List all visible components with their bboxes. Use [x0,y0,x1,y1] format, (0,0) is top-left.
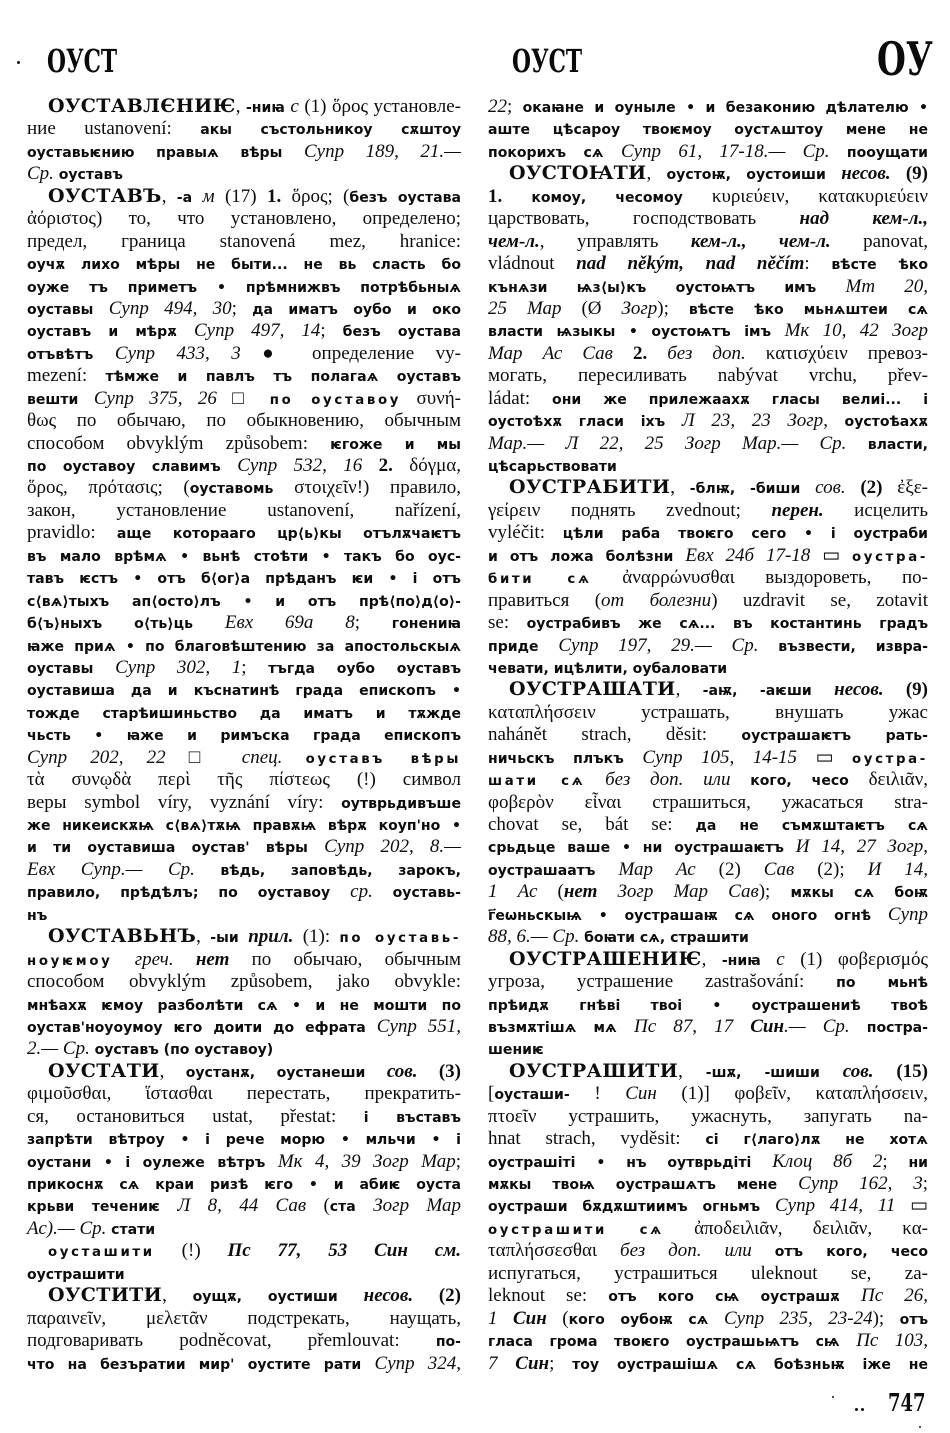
slavonic-quotation: оустани • і оулеже вѣтръ [27,1155,278,1171]
source-reference: Супр 197, 29.— Ср. [558,635,758,656]
text-line: παραινεῖν, μελετᾶν подстрекать, наущать, [27,1308,461,1330]
slavonic-quotation: по- [436,1334,461,1350]
gloss-text: ἀόριστος) то, что установлено, определен… [27,208,461,229]
source-reference: Супр 494, 30 [109,298,232,319]
slavonic-quotation: окаꙗне и оуныле • и безаконию дѣлателю • [523,100,928,116]
gloss-text: ● определение vy- [241,343,461,364]
text-line: 1 Син (кого оубоѭ сѧ Супр 235, 23-24); о… [488,1308,928,1330]
spaced-slavonic-phrase: оустрашити сѧ [488,1223,664,1238]
gloss-text [846,477,861,498]
source-reference: Евх 69а 8 [225,612,355,633]
sense-number: 2. [633,343,647,364]
source-reference: 1 [488,1308,513,1329]
gloss-text [613,343,633,364]
text-line: se: оустрабивъ же сѧ... въ костантинь гр… [488,612,928,634]
scan-speck [855,1408,858,1411]
slavonic-quotation: мѫкы сѧ боѭ [790,885,928,901]
text-line: чевати, ицѣлити, оубаловати [488,657,928,679]
gloss-text: , [676,679,703,700]
dictionary-page: ОУСТ ОУСТ ОУ ОУСТАВЛЄНИѤ, -ниꙗ с (1) ὅρο… [0,0,950,1433]
text-line: chovat se, bát se: да не съмѫштаѥтъ сѧ [488,814,928,836]
slavonic-quotation: ꙗже приѧ • по благовѣштению за апостольс… [27,639,461,655]
slavonic-quotation: оустрашити [27,1267,125,1283]
text-line: запрѣти вѣтроу • і рече морю • мльчи • і [27,1128,461,1150]
slavonic-quotation: запрѣти вѣтроу • і рече морю • мльчи • і [27,1132,461,1148]
gloss-text: chovat se, bát se: [488,814,696,835]
text-line: же никеискѫѩ с⟨вѧ⟩тѫѩ правѫѩ вѣрѫ коуп'н… [27,814,461,836]
slavonic-quotation: -ыи [210,930,248,946]
gloss-text: γείρειν поднять zvednout; [488,500,771,521]
gloss-text: mezení: [27,365,106,386]
gloss-text [282,747,305,768]
scan-speck [832,1396,834,1398]
text-line: ние ustanovení: акы състольникоу сѫштоу [27,118,461,140]
sense-number: 1. [488,186,502,207]
source-reference: .— Ср. [784,1016,850,1037]
source-reference: Супр 202, 22 [27,747,166,768]
slavonic-quotation: оуже тъ приметъ • прѣмнижвъ потрѣбьныѧ [27,280,461,296]
text-line: чем-л., управлять кем-л., чем-л. panovat… [488,231,928,253]
text-line: оуставиша да и къснатинѣ града епископъ … [27,679,461,701]
source-reference: Сав [764,859,795,880]
headword: ОУСТАВЬНЪ [48,925,196,947]
slavonic-quotation: оустрашаатъ [488,863,618,879]
source-reference: Клоц 8б 2 [772,1151,882,1172]
text-line: φιμοῦσθαι, ἵστασθαι перестать, прекратит… [27,1083,461,1105]
source-reference: Супр 235, 23-24 [724,1308,873,1329]
spaced-slavonic-phrase: по оуставоу [270,393,401,408]
gloss-text: , [647,163,667,184]
spaced-slavonic-phrase: ноуѥмоу [27,954,112,969]
grammar-label: несов. [834,679,883,700]
text-line: оуставьѥнию правыѧ вѣры Супр 189, 21.— [27,141,461,163]
slavonic-quotation: гонениꙗ [392,616,461,632]
slavonic-quotation: въ мало врѣмѧ • вьнѣ стоѣти • такъ бо оу… [27,549,461,565]
sense-number: (9) [906,163,928,184]
text-line: [оусташи- ! Син (1)] φοβεῖν, καταπλήσσει… [488,1083,928,1105]
source-reference: с [290,96,298,117]
text-line: крьви течениѥ Л 8, 44 Сав (ста Зогр Мар [27,1195,461,1217]
gloss-text: ▭ [810,545,852,566]
slavonic-quotation: кого, чесо [750,773,849,789]
headword: ОУСТАТИ [48,1060,160,1082]
text-line: веры symbol víry, vyznání víry: оутврьди… [27,792,461,814]
text-line: въ мало врѣмѧ • вьнѣ стоѣти • такъ бо оу… [27,545,461,567]
source-reference: Супр 375, 26 [94,388,217,409]
gloss-text [418,1061,439,1082]
gloss-text: (17) [215,186,267,207]
text-line: φοβερὸν εἶναι страшиться, ужасаться stra… [488,792,928,814]
gloss-text: ) uzdravit se, zotavit [711,590,928,611]
gloss-text: □ [166,747,242,768]
gloss-text: hnat strach, vyděsit: [488,1128,705,1149]
sense-number: (2) [860,477,882,498]
slavonic-quotation: боꙗти сѧ, страшити [584,930,749,946]
slavonic-quotation: срьдьце ваше • ни оустрашаѥтъ [488,840,796,856]
text-line: с⟨вѧ⟩тыхъ ап⟨осто⟩лъ • и отъ прѣ⟨по⟩д⟨о⟩… [27,590,461,612]
source-reference: 88, 6.— Ср. [488,926,579,947]
gloss-text [362,455,378,476]
text-line: Мар.— Л 22, 25 Зогр Мар.— Ср. власти, [488,433,928,455]
slavonic-quotation: да иматъ оубо и око [252,302,461,318]
spaced-slavonic-phrase: оустра- [852,550,928,565]
source-reference: Л 8, 44 Сав [177,1195,306,1216]
gloss-text: καταπλήσσειν устрашать, внушать ужас [488,702,928,723]
source-reference: м [203,186,215,207]
slavonic-quotation: чьсть • ꙗже и римъска града епископъ [27,728,461,744]
gloss-text: ἐξε- [883,477,928,498]
text-line: правило, прѣдѣлъ; по оуставоу ср. оустав… [27,881,461,903]
gloss-text: (!) [155,1240,228,1261]
slavonic-quotation: ѥгоже и мы [330,437,461,453]
source-reference: Мар.— Л 22, 25 Зогр Мар.— Ср. [488,433,846,454]
slavonic-quotation: нъ [27,908,47,924]
slavonic-quotation: кънѧзи ѩз⟨ы⟩къ оустоѩтъ имъ [488,280,846,296]
gloss-text: στοιχεῖν!) правило, [273,477,461,498]
gloss-text: ся, остановиться ustat, přestat: [27,1106,364,1127]
gloss-text: , управлять [540,231,691,252]
text-line: Мар Ас Сав 2. без доп. κατισχύειν превоз… [488,343,928,365]
headword: ОУСТАВЪ [48,185,162,207]
slavonic-quotation: власти, [868,437,928,453]
sense-number: (9) [906,679,928,700]
slavonic-quotation: оуставомь [190,481,274,497]
left-column: ОУСТАВЛЄНИѤ, -ниꙗ с (1) ὅρος установле-н… [27,96,461,1375]
gloss-text [112,949,134,970]
slavonic-quotation: покорихъ сѧ [488,145,621,161]
gloss-text [373,881,393,902]
text-line: pravidlo: аще которааго цр⟨ь⟩кы отълѫчаѥ… [27,522,461,544]
text-line: предел, граница stanovená mez, hranice: [27,231,461,253]
slavonic-quotation: тавъ ѥстъ • отъ б⟨ог⟩а прѣданъ ѥи • і от… [27,571,461,587]
slavonic-quotation: правило, прѣдѣлъ; по оуставоу [27,885,350,901]
slavonic-quotation: възвести, извра- [778,639,928,655]
slavonic-quotation: безъ оустава [349,190,461,206]
slavonic-quotation: б⟨ъ⟩ныхъ о⟨ть⟩ць [27,616,225,632]
slavonic-quotation: оуставы [27,302,109,318]
gloss-text: ; [882,1151,908,1172]
gloss-text: ▭ [895,1195,928,1216]
gloss-text [174,949,196,970]
slavonic-quotation: и отъ ложа болѣзни [488,549,685,565]
gloss-text: ἀποδειλιᾶν, δειλιᾶν, κα- [664,1218,928,1239]
entry-first-line: ОУСТАВЛЄНИѤ, -ниꙗ с (1) ὅρος установле- [27,96,461,118]
gloss-text: συνή- [401,388,461,409]
slavonic-quotation: цѣли раба твоѥго сего • і оустраби [563,526,928,542]
scan-speck [17,61,20,64]
gloss-text: (1): [293,926,339,947]
slavonic-quotation: възмѫтішѧ мѧ [488,1020,634,1036]
text-line: испугаться, устрашиться uleknout se, za- [488,1263,928,1285]
gloss-text: πτοεῖν устрашить, ужаснуть, запугать na- [488,1106,928,1127]
gloss-text [585,769,605,790]
text-line: оустраши бѫдѫштиимъ огньмъ Супр 414, 11 … [488,1195,928,1217]
gloss-text: ; [456,1151,461,1172]
grammar-label: над кем-л., [800,208,928,229]
slavonic-quotation: аште цѣсароу твоѥмоу оустѧштоу мене не [488,122,928,138]
gloss-text: se: [488,612,527,633]
source-reference: 7 [488,1353,515,1374]
slavonic-quotation: -ниꙗ [246,100,290,116]
slavonic-quotation: сі г⟨лаго⟩лѫ не хотѧ [705,1132,928,1148]
text-line: отъвѣтъ Супр 433, 3 ● определение vy- [27,343,461,365]
grammar-label: перен. [771,500,823,521]
slavonic-quotation: г҃еѡньскыѩ • оустрашаѭ сѧ оного огнѣ [488,908,888,924]
headword: ОУСТИТИ [48,1284,162,1306]
slavonic-quotation: ничьскъ плъкъ [488,751,642,767]
text-line: mezení: тѣмже и павлъ тъ полагаѧ оуставъ [27,365,461,387]
entry-first-line: ОУСТРАШАТИ, -аѭ, -аѥши несов. (9) [488,679,928,701]
gloss-text: исцелить [824,500,928,521]
gloss-text: ▭ [797,747,852,768]
spaced-slavonic-phrase: шати сѧ [488,774,585,789]
headword: ОУСТАВЛЄНИѤ [48,95,236,117]
slavonic-quotation: оутврьдивъше [341,796,461,812]
text-line: θως по обычаю, по обыкновению, обычным [27,410,461,432]
source-reference: Супр 105, 14-15 [642,747,797,768]
spaced-slavonic-phrase: оусташити [48,1245,155,1260]
gloss-text [850,1016,867,1037]
source-reference: Супр 433, 3 [115,343,241,364]
slavonic-quotation: оустрашіті • нъ оутврьдіті [488,1155,772,1171]
source-reference: И 14, 27 Зогр [796,836,923,857]
gloss-text [597,881,617,902]
text-line: ἀόριστος) то, что установлено, определен… [27,208,461,230]
text-line: шениѥ [488,1038,928,1060]
source-reference: без доп. или [620,1240,752,1261]
text-line: τὰ συνῳδὰ περὶ τῆς πίστεως (!) символ [27,769,461,791]
slavonic-quotation: оучѫ лихо мѣры не быти... не вь сласть б… [27,257,461,273]
slavonic-quotation: оущѫ, оустиши [193,1289,364,1305]
gloss-text: (1) ὅρος установле- [299,96,461,117]
slavonic-quotation: прѣидѫ гнѣві твоі • оустрашениѣ твоѣ [488,998,928,1014]
text-line: Ас).— Ср. стати [27,1218,461,1240]
text-line: прикоснѫ сѧ краи ризѣ ѥго • и абиѥ оуста [27,1173,461,1195]
text-line: оустрашаатъ Мар Ас (2) Сав (2); И 14, [488,859,928,881]
gloss-text: ládat: [488,388,552,409]
source-reference: 22 [488,96,507,117]
text-line: тожде старѣишиньство да иматъ и тѫжде [27,702,461,724]
text-line: мѫкы твоѩ оустрашѧтъ мене Супр 162, 3; [488,1173,928,1195]
gloss-text: ; [320,320,342,341]
slavonic-quotation: кого оубоѭ сѧ [569,1312,724,1328]
text-line: 22; окаꙗне и оуныле • и безаконию дѣлате… [488,96,928,118]
text-line: Евх Супр.— Ср. вѣдь, заповѣдь, зарокъ, [27,859,461,881]
grammar-label: несов. [841,163,890,184]
text-line: царствовать, господствовать над кем-л., [488,208,928,230]
sense-number: (3) [439,1061,461,1082]
slavonic-quotation: вѣсте ѣко мьнѧштеи сѧ [689,302,928,318]
entry-first-line: ОУСТАВЬНЪ, -ыи прил. (1): по оуставь- [27,926,461,948]
gloss-text: δόγμα, [393,455,461,476]
entry-first-line: ОУСТАВЪ, -а м (17) 1. ὅρος; (безъ оустав… [27,186,461,208]
spaced-slavonic-phrase: бити сѧ [488,572,592,587]
text-line: 88, 6.— Ср. боꙗти сѧ, страшити [488,926,928,948]
slavonic-quotation: і въставъ [364,1110,461,1126]
gloss-text: , [236,96,246,117]
text-line: и отъ ложа болѣзни Евх 24б 17-18 ▭ оустр… [488,545,928,567]
text-line: прѣидѫ гнѣві твоі • оустрашениѣ твоѣ [488,994,928,1016]
gloss-text: pravidlo: [27,522,117,543]
text-line: vyléčit: цѣли раба твоѥго сего • і оустр… [488,522,928,544]
gloss-text: , [702,949,722,970]
text-line: вешти Супр 375, 26 □ по оуставоу συνή- [27,388,461,410]
text-line: ὅρος, πρότασις; (оуставомь στοιχεῖν!) пр… [27,477,461,499]
text-line: оуставъ и мѣрѫ Супр 497, 14; безъ оустав… [27,320,461,342]
gloss-text: , [678,1061,706,1082]
text-line: възмѫтішѧ мѧ Пс 87, 17 Син.— Ср. постра- [488,1016,928,1038]
gloss-text: , [160,1061,186,1082]
gloss-text: , [670,477,689,498]
sense-number: (15) [896,1061,928,1082]
source-reference: Супр 414, 11 [775,1195,895,1216]
gloss-text: vyléčit: [488,522,563,543]
gloss-text: (Ø [562,298,622,319]
gloss-text: ( [537,881,563,902]
gloss-text: παραινεῖν, μελετᾶν подстрекать, наущать, [27,1308,461,1329]
text-line: оустрашіті • нъ оутврьдіті Клоц 8б 2; ни [488,1151,928,1173]
text-line: б⟨ъ⟩ныхъ о⟨ть⟩ць Евх 69а 8; гонениꙗ [27,612,461,634]
text-line: приде Супр 197, 29.— Ср. възвести, извра… [488,635,928,657]
slavonic-quotation: тъгда оубо оуставъ [268,661,461,677]
gloss-text: ); [873,1308,900,1329]
slavonic-quotation: оуставь- [393,885,461,901]
source-reference: Пс 26, [861,1285,928,1306]
slavonic-quotation: они же прилежаахѫ гласы велиі... і [552,392,928,408]
slavonic-quotation: по оуставоу славимъ [27,459,237,475]
source-reference: Мк 4, 39 Зогр Мар [278,1151,456,1172]
gloss-text [758,635,778,656]
gloss-text: предел, граница stanovená mez, hranice: [27,231,461,252]
source-reference: 25 Мар [488,298,562,319]
source-reference: Супр 162, 3 [798,1173,923,1194]
source-reference: греч. [135,949,174,970]
scan-speck [919,1426,921,1428]
slavonic-quotation: вѣсте ѣко [831,257,928,273]
source-reference: спец. [242,747,283,768]
text-line: καταπλήσσειν устрашать, внушать ужас [488,702,928,724]
grammar-label: сов. [387,1061,418,1082]
gloss-text [830,141,847,162]
slavonic-quotation: вешти [27,392,94,408]
gloss-text: , [162,186,177,207]
text-line: 2.— Ср. оуставъ (по оуставоу) [27,1038,461,1060]
source-reference: Мт 20, [846,276,928,297]
slavonic-quotation: да не съмѫштаѥтъ сѧ [696,818,929,834]
grammar-label: Пс 77, 53 Син см. [228,1240,461,1261]
slavonic-quotation: отъ кого, чесо [775,1244,928,1260]
gloss-text: □ [217,388,270,409]
gloss-text: ); [657,298,689,319]
text-line: оустав'ноуоумоу ѥго доити до ефрата Супр… [27,1016,461,1038]
slavonic-quotation: -блѭ, -биши [690,481,815,497]
gloss-text: ὅρος; ( [281,186,349,207]
slavonic-quotation: цѣсарьствовати [488,459,617,475]
slavonic-quotation: оустрашаѥтъ рать- [741,728,928,744]
source-reference: Син [625,1083,657,1104]
slavonic-quotation: власти ѩзыкы • оустоѩтъ імъ [488,324,785,340]
grammar-label: Син [750,1016,784,1037]
gloss-text: vládnout [488,253,576,274]
source-reference: Мар Ас Сав [488,343,613,364]
text-line: тавъ ѥстъ • отъ б⟨ог⟩а прѣданъ ѥи • і от… [27,567,461,589]
slavonic-quotation: оуставъ и мѣрѫ [27,324,194,340]
gloss-text: , [196,926,210,947]
gloss-text [647,343,667,364]
text-line: подговаривать podněcovat, přemlouvat: по… [27,1330,461,1352]
grammar-label: Син [513,1308,547,1329]
gloss-text: ὅρος, πρότασις; ( [27,477,190,498]
slavonic-quotation: ста [330,1199,373,1215]
grammar-label: нет [564,881,598,902]
text-line: Супр 202, 22 □ спец. оуставъ вѣры [27,747,461,769]
source-reference: Ас).— Ср. [27,1218,106,1239]
grammar-label: чем-л. [488,231,540,252]
source-reference: Супр 497, 14 [194,320,320,341]
slavonic-quotation: ни [908,1155,928,1171]
gloss-text: nahánět strach, děsit: [488,724,741,745]
gloss-text [195,859,220,880]
source-reference: Супр 302, 1 [115,657,241,678]
slavonic-quotation: мнѣахѫ ѥмоу разболѣти сѧ • и не мошти по [27,998,461,1014]
slavonic-quotation: оуставьѥнию правыѧ вѣры [27,145,304,161]
gloss-text: царствовать, господствовать [488,208,800,229]
source-reference: Супр 202, 8.— [324,836,461,857]
text-line: 25 Мар (Ø Зогр); вѣсте ѣко мьнѧштеи сѧ [488,298,928,320]
gloss-text: способом obvyklým způsobem: [27,433,330,454]
gloss-text: ; [923,1173,928,1194]
text-line: ládat: они же прилежаахѫ гласы велиі... … [488,388,928,410]
slavonic-quotation: же никеискѫѩ с⟨вѧ⟩тѫѩ правѫѩ вѣрѫ коуп'н… [27,818,461,834]
slavonic-quotation: -шѫ, -шиши [706,1065,843,1081]
source-reference: 2.— Ср. [27,1038,90,1059]
slavonic-quotation: комоу, чесомоу [531,190,682,206]
gloss-text: подговаривать podněcovat, přemlouvat: [27,1330,436,1351]
gloss-text: (2) [696,859,764,880]
slavonic-quotation: -аѭ, -аѥши [703,683,834,699]
gloss-text [752,1240,775,1261]
source-reference: от болезни [601,590,711,611]
gloss-text: (1) φοβερισμός [785,949,928,970]
spaced-slavonic-phrase: по оуставь- [340,931,462,946]
text-line: бити сѧ ἀναρρώνυσθαι выздороветь, по- [488,567,928,589]
entry-first-line: ОУСТОꙖТИ, оустоѭ, оустоиши несов. (9) [488,163,928,185]
source-reference: без доп. или [605,769,730,790]
slavonic-quotation: пооущати [847,145,928,161]
slavonic-quotation: стати [111,1222,155,1238]
text-line: что на безъратии мир' оустите рати Супр … [27,1353,461,1375]
gloss-text: θως по обычаю, по обыкновению, обычным [27,410,461,431]
slavonic-quotation: оуставъ (по оуставоу) [95,1042,274,1058]
slavonic-quotation: безъ оустава [343,324,461,340]
text-line: ничьскъ плъкъ Супр 105, 14-15 ▭ оустра- [488,747,928,769]
text-line: leknout se: отъ кого сѩ оустрашѫ Пс 26, [488,1285,928,1307]
text-line: по оуставоу славимъ Супр 532, 16 2. δόγμ… [27,455,461,477]
sense-number: 1. [267,186,281,207]
gloss-text: ; [355,612,392,633]
gloss-text: , [162,1285,193,1306]
gloss-text: ние ustanovení: [27,118,200,139]
text-line: ся, остановиться ustat, přestat: і въста… [27,1106,461,1128]
text-line: оустоѣхѫ гласи іхъ Л 23, 23 Зогр, оустоѣ… [488,410,928,432]
sense-number: (2) [439,1285,461,1306]
text-line: nahánět strach, děsit: оустрашаѥтъ рать- [488,724,928,746]
headword: ОУСТРАШЕНИѤ [509,948,702,970]
text-line: гласа грома твоѥго оустрашьѩтъ сѩ Пс 103… [488,1330,928,1352]
gloss-text: , [823,410,844,431]
gloss-text: (1)] φοβεῖν, καταπλήσσειν, [657,1083,928,1104]
page-number: 747 [888,1391,926,1415]
